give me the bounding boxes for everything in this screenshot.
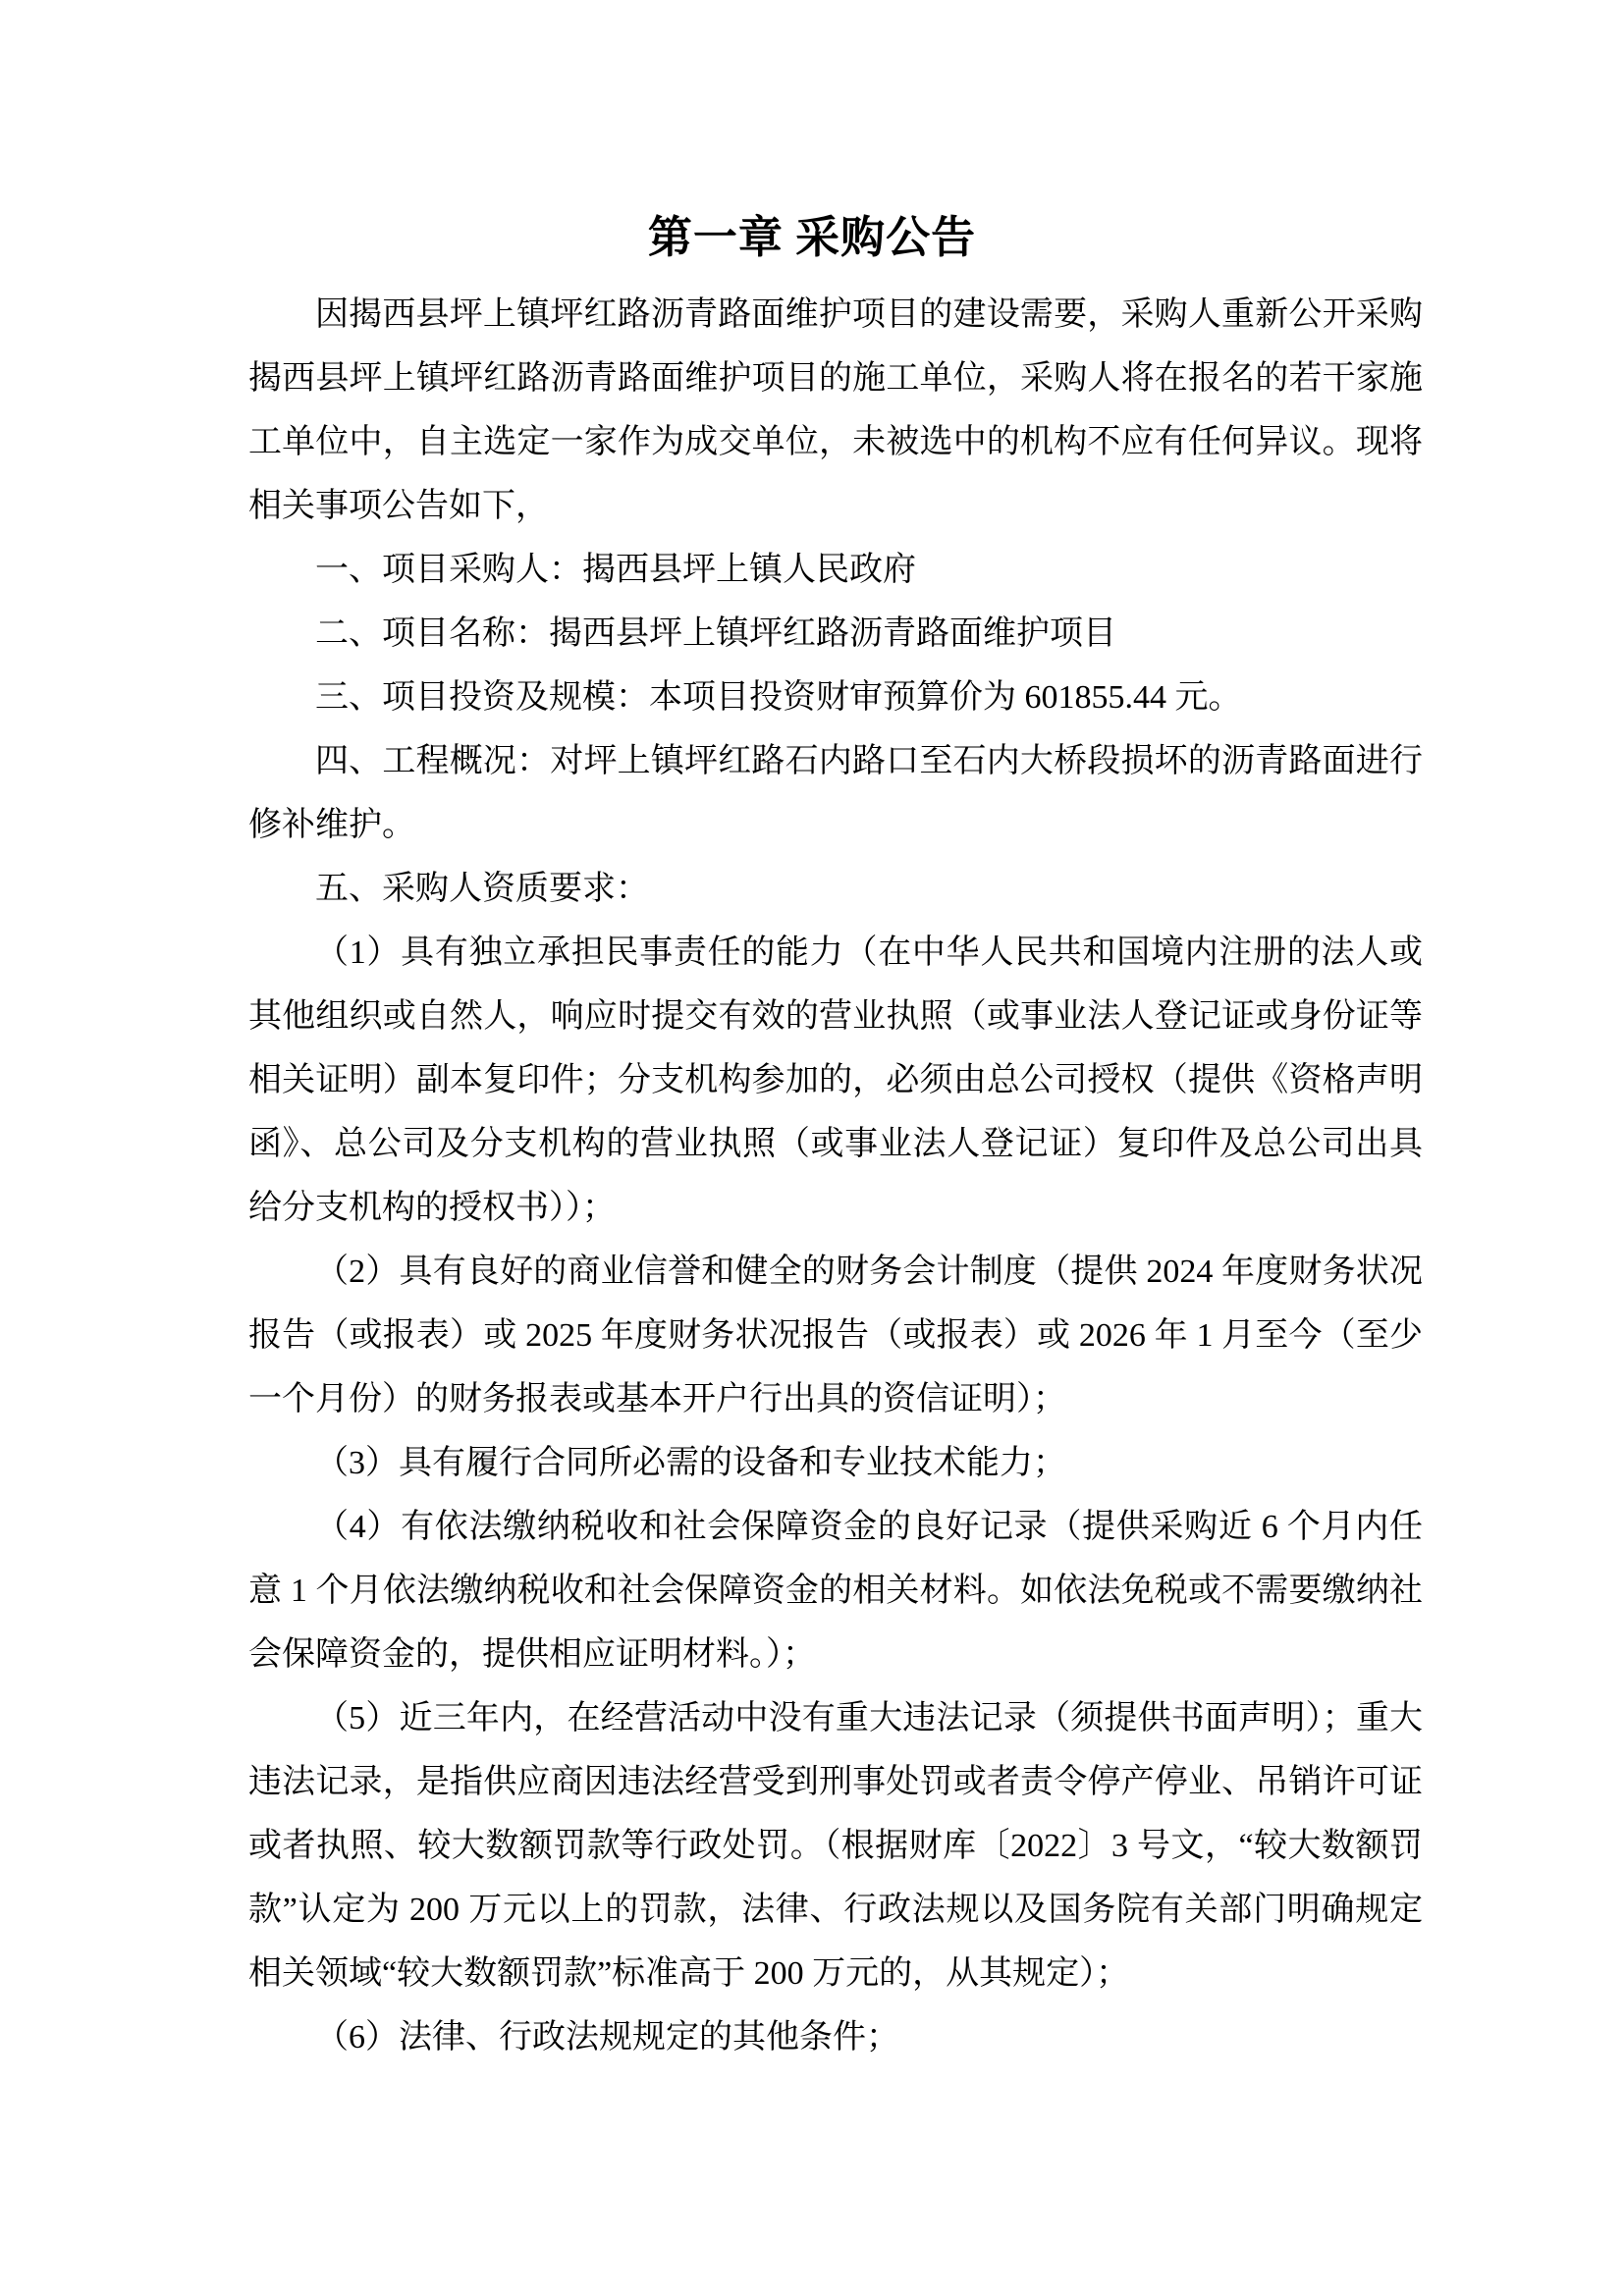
paragraph-qualification-2: （2）具有良好的商业信誉和健全的财务会计制度（提供 2024 年度财务状况报告（… bbox=[248, 1240, 1423, 1431]
paragraph-intro: 因揭西县坪上镇坪红路沥青路面维护项目的建设需要，采购人重新公开采购揭西县坪上镇坪… bbox=[248, 283, 1423, 538]
document-page: 第一章 采购公告 因揭西县坪上镇坪红路沥青路面维护项目的建设需要，采购人重新公开… bbox=[0, 0, 1624, 2296]
paragraph-item-2-project-name: 二、项目名称：揭西县坪上镇坪红路沥青路面维护项目 bbox=[248, 602, 1423, 666]
chapter-title: 第一章 采购公告 bbox=[0, 192, 1624, 283]
paragraph-qualification-4: （4）有依法缴纳税收和社会保障资金的良好记录（提供采购近 6 个月内任意 1 个… bbox=[248, 1495, 1423, 1686]
paragraph-qualification-6: （6）法律、行政法规规定的其他条件； bbox=[248, 2005, 1423, 2069]
paragraph-item-5-qualifications: 五、采购人资质要求： bbox=[248, 857, 1423, 921]
paragraph-item-4-overview: 四、工程概况：对坪上镇坪红路石内路口至石内大桥段损坏的沥青路面进行修补维护。 bbox=[248, 729, 1423, 857]
paragraph-qualification-1: （1）具有独立承担民事责任的能力（在中华人民共和国境内注册的法人或其他组织或自然… bbox=[248, 921, 1423, 1240]
document-body: 因揭西县坪上镇坪红路沥青路面维护项目的建设需要，采购人重新公开采购揭西县坪上镇坪… bbox=[248, 283, 1423, 2069]
paragraph-qualification-5: （5）近三年内，在经营活动中没有重大违法记录（须提供书面声明）；重大违法记录，是… bbox=[248, 1686, 1423, 2005]
paragraph-item-3-investment: 三、项目投资及规模：本项目投资财审预算价为 601855.44 元。 bbox=[248, 666, 1423, 729]
paragraph-item-1-purchaser: 一、项目采购人：揭西县坪上镇人民政府 bbox=[248, 538, 1423, 602]
document-content: 第一章 采购公告 因揭西县坪上镇坪红路沥青路面维护项目的建设需要，采购人重新公开… bbox=[0, 0, 1624, 2069]
paragraph-qualification-3: （3）具有履行合同所必需的设备和专业技术能力； bbox=[248, 1431, 1423, 1495]
